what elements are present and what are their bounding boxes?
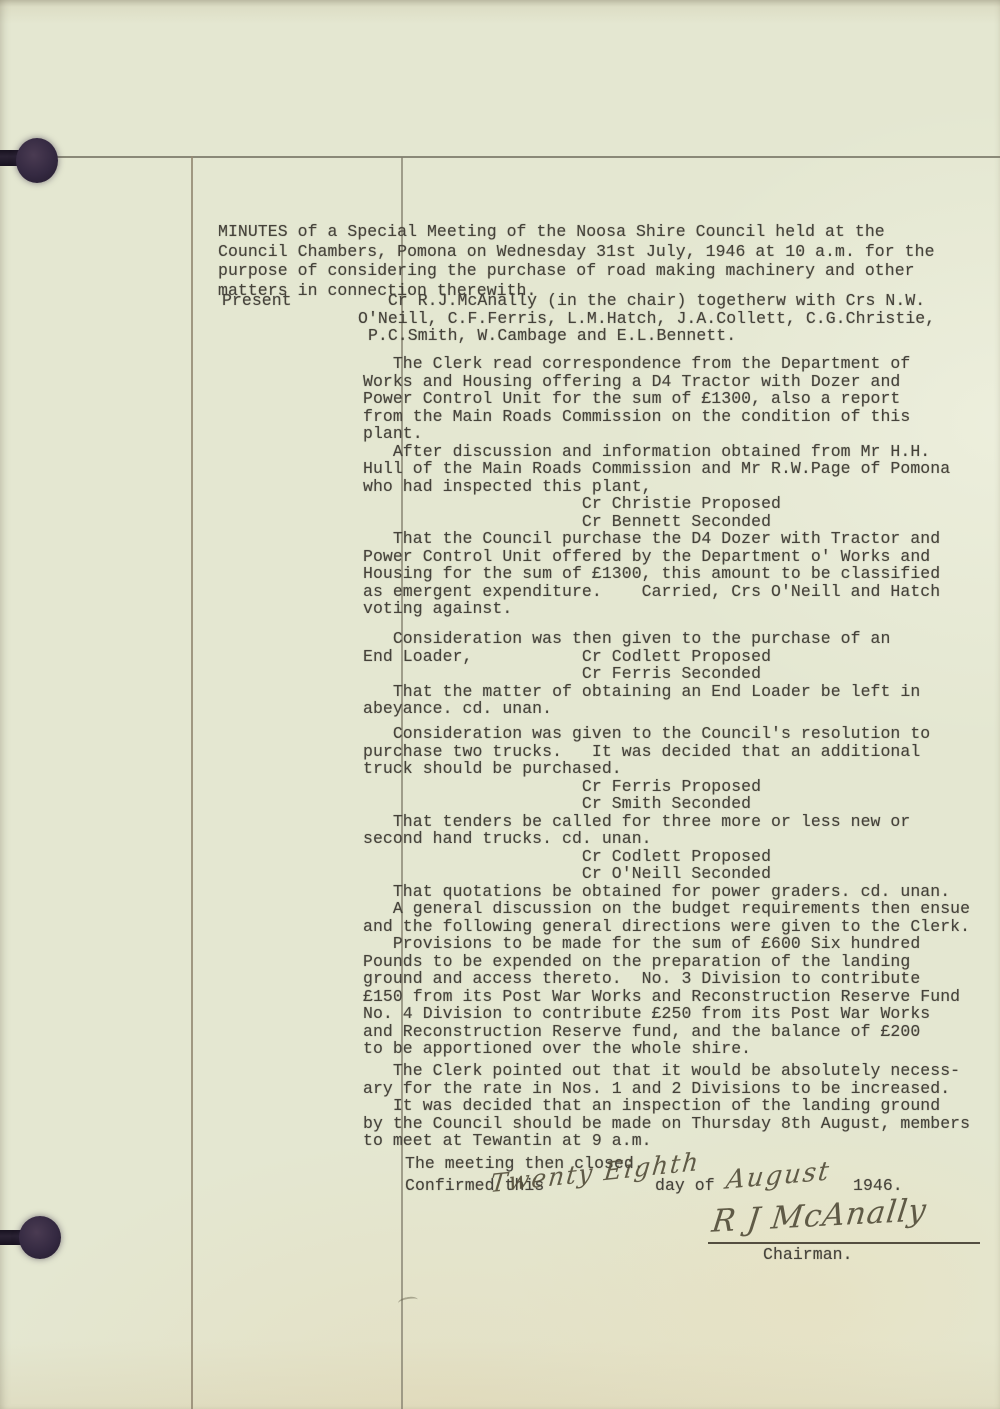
signature-rule [708,1242,980,1244]
signature-handwriting: R J McAnally [710,1192,929,1240]
top-margin-rule [0,156,1000,158]
binder-margin-rule [191,156,193,1409]
present-label: Present [222,292,292,310]
confirmed-year: 1946. [853,1177,903,1195]
chairman-label: Chairman. [763,1246,853,1264]
attendees-list: Cr R.J.McAnally (in the chair) togetherw… [358,292,935,345]
document-page: MINUTES of a Special Meeting of the Noos… [0,0,1000,1409]
end-loader-paragraph: Consideration was then given to the purc… [363,630,920,718]
binder-hole-top [16,138,58,183]
rates-inspection-paragraph: The Clerk pointed out that it would be a… [363,1062,970,1150]
trucks-budget-paragraph: Consideration was given to the Council's… [363,725,970,1058]
tractor-purchase-paragraph: The Clerk read correspondence from the D… [363,355,950,618]
handwritten-month: August [724,1156,832,1196]
binder-hole-bottom [19,1216,61,1259]
minutes-heading: MINUTES of a Special Meeting of the Noos… [218,222,935,300]
